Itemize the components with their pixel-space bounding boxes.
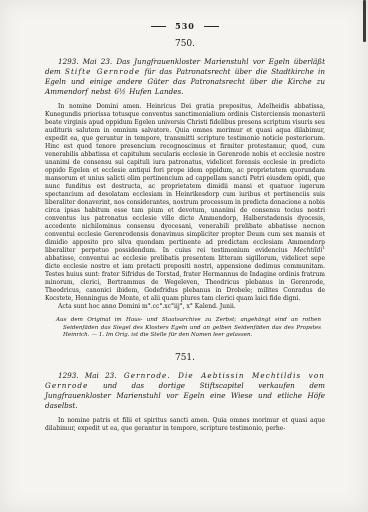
scan-artifact-mark xyxy=(363,0,366,42)
regest-750-spaced-name: Stifte Gernrode xyxy=(65,67,140,76)
regest-750-date: 1293. Mai 23. xyxy=(58,57,112,66)
charter-text-750: In nomine Domini amen. Heinricus Dei gra… xyxy=(45,103,325,303)
page-content: 530 750. 1293. Mai 23. Das Jungfrauenklo… xyxy=(45,22,325,433)
charter-text-750-part2: abbatisse, conventui ac ecclesie preliba… xyxy=(45,255,325,302)
charter-entry-750: 750. 1293. Mai 23. Das Jungfrauenkloster… xyxy=(45,39,325,340)
book-page: 530 750. 1293. Mai 23. Das Jungfrauenklo… xyxy=(0,0,368,512)
footnote-reference-mark: 1 xyxy=(322,245,325,250)
charter-text-750-part1: In nomine Domini amen. Heinricus Dei gra… xyxy=(45,103,325,254)
page-number: 530 xyxy=(175,22,195,30)
source-footnote-750: Aus dem Original im Haus- und Staatsarch… xyxy=(45,317,325,340)
regest-751-date: 1293. Mai 23. xyxy=(58,371,117,380)
charter-text-750-name: Mechtildi xyxy=(294,247,323,254)
header-rule-left xyxy=(151,26,166,27)
regest-751: 1293. Mai 23. Gernrode. Die Aebtissin Me… xyxy=(45,371,325,411)
dating-clause-750: Acta sunt hoc anno Domini m°.cc°.xc°iij°… xyxy=(45,303,325,311)
page-header: 530 xyxy=(45,22,325,30)
charter-text-751: In nomine patris et filii et spiritus sa… xyxy=(45,417,325,433)
regest-750: 1293. Mai 23. Das Jungfrauenkloster Mari… xyxy=(45,57,325,97)
header-rule-right xyxy=(204,26,219,27)
charter-entry-751: 751. 1293. Mai 23. Gernrode. Die Aebtiss… xyxy=(45,353,325,433)
entry-number-751: 751. xyxy=(45,353,325,363)
entry-number-750: 750. xyxy=(45,39,325,49)
